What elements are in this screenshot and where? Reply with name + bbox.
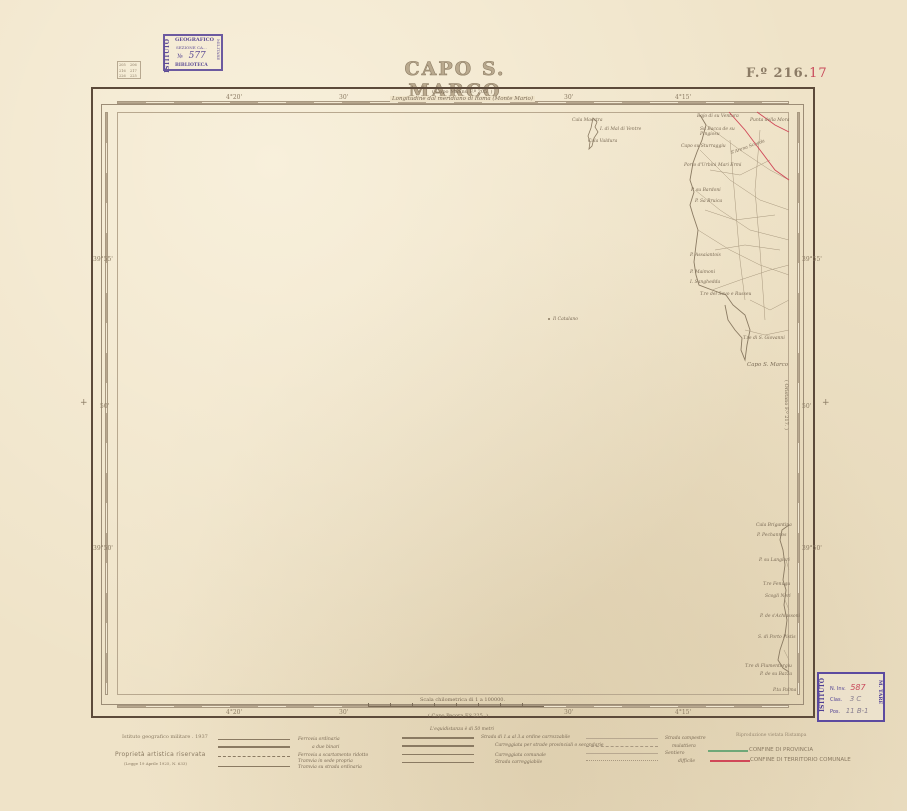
stamp-inventory-number: 587 [850,683,865,692]
place-label: P. su Langiori [759,558,790,563]
legend-line-narrow [218,756,290,758]
stamp-row-label: N. Inv. [830,686,846,692]
place-label: I. Sanghedda [690,280,720,285]
legend-label: Ferrovia ordinaria [298,737,340,742]
legend-line-rail [218,739,290,740]
legend-label: Ferrovia a scartamento ridotto [298,753,368,758]
place-label: P. su Bardoni [691,188,721,193]
place-label: Punta della Mora [750,118,789,123]
legend-line-track [586,760,658,762]
law-note: (Legge 19 Aprile 1925, N. 633) [124,761,187,766]
place-label-cape: Capo S. Marco [747,362,788,368]
legend-line-rail-double [218,746,290,748]
stamp-row-label: Clas. [830,697,842,703]
place-label: Bajo di su Ventura [697,114,739,119]
place-label: P.ta Palma [773,688,796,693]
province-boundary-swatch [708,750,748,752]
place-label: P. Pechannos [757,533,786,538]
municipal-boundary-label: CONFINE DI TERRITORIO COMUNALE [750,757,851,763]
province-boundary-label: CONFINE DI PROVINCIA [749,747,813,753]
stamp-position-value: 11 B-1 [846,707,869,715]
place-label: Cala Valdura [588,139,617,144]
place-label: P. de su Bazza [760,672,792,677]
rights-note: Proprietà artistica riservata [115,751,206,758]
place-label: Cala Brigantina [756,523,792,528]
stamp-vertical-text: ISTITUTO [819,678,826,712]
place-label: T.re del Sevo e Russeu [700,292,751,297]
legend-label: mulattiera [672,744,696,749]
legend-label: a due binari [312,745,339,750]
legend-label: Tramvia in sede propria [298,759,353,764]
stamp-vertical-text: M. TARE [877,680,883,704]
place-label: T.re Fenugu [763,582,790,587]
legend-line-road [402,737,474,739]
stamp-class-value: 3 C [850,695,862,703]
place-label: I. di Mal di Ventre [600,127,641,132]
place-label: Mari Ermi [718,163,741,168]
boundary-legend-title: Riproduzione vietata Ristampa [736,733,806,738]
place-label: Porto d'Urbini [684,163,716,168]
place-label: Su Bacca de su Pingiosu [700,127,740,137]
place-label: P. Sa Bruica [695,199,722,204]
place-label: Cala Maestra [572,118,603,123]
equidistance-note: L'equidistanza è di 50 metri [430,727,494,732]
place-label: S. di Porto Pistis [758,635,796,640]
legend-line-road [402,745,474,747]
stamp-row-label: Pos. [830,709,840,715]
legend-line-tram [218,766,290,767]
legend-label: Strada campestre [665,736,706,741]
legend-line-road [402,762,474,763]
legend-line-track [586,746,658,748]
place-label: T.re di S. Giovanni [743,336,785,341]
place-label: P. de s'Achiassoni [760,614,800,619]
place-label: Scogli Neri [765,594,791,599]
place-label: P. Assaiantois [690,253,721,258]
legend-line-track [586,753,658,754]
legend-label: Strada di 1.a al 3.a ordine carrozzabile [481,735,570,740]
legend-label: difficile [678,759,695,764]
municipal-boundary-swatch [710,760,750,762]
library-stamp-bottom: ISTITUTO M. TARE N. Inv. 587 Clas. 3 C P… [817,672,885,722]
place-label: Il Catalano [553,317,578,322]
legend-label: Tramvia su strada ordinaria [298,765,362,770]
legend-label: Carreggiata comunale [495,753,546,758]
legend-line-road [402,754,474,755]
legend-label: Strada carreggiabile [495,760,542,765]
legend-label: Sentiero [665,751,684,756]
place-label: P. Maimoni [690,270,715,275]
place-label: Capo su Sturraggiu [681,144,726,149]
place-label: T.re di Flumentorgiu [745,664,792,669]
printer-note: Istituto geografico militare . 1937 [122,734,208,740]
legend-line-track [586,738,658,739]
